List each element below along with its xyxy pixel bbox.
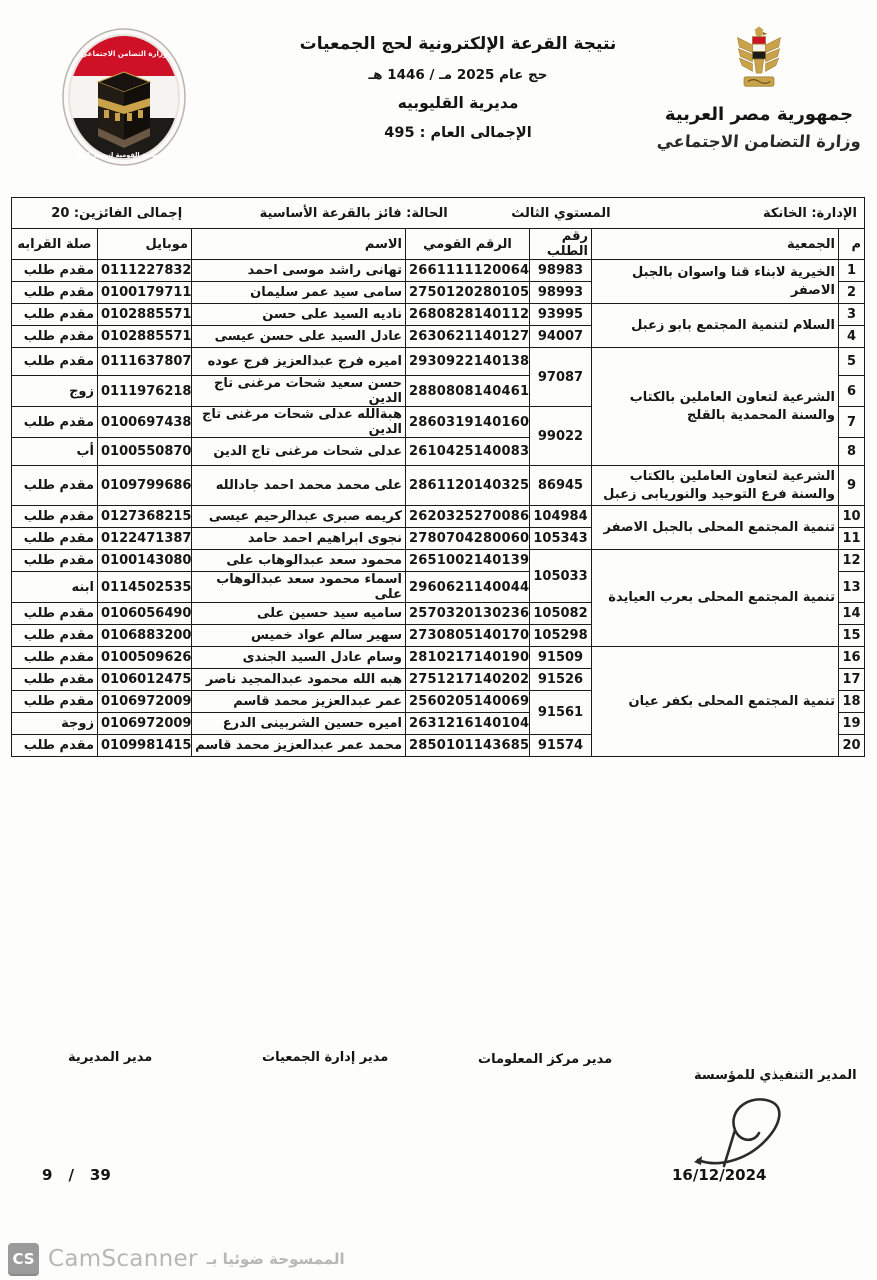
cell-name: سهير سالم عواد خميس bbox=[192, 625, 406, 647]
cell-serial: 1 bbox=[839, 260, 865, 282]
cell-mobile: 01060564908 bbox=[98, 603, 192, 625]
cell-relation: مقدم طلب bbox=[11, 348, 97, 376]
cell-mobile: 01097996866 bbox=[98, 466, 192, 506]
cell-mobile: 01005508700 bbox=[98, 438, 192, 466]
cell-relation: مقدم طلب bbox=[11, 625, 97, 647]
cell-mobile: 01273682150 bbox=[98, 506, 192, 528]
cell-association: السلام لتنمية المجتمع بابو زعبل bbox=[592, 304, 839, 348]
cell-national-id: 25602051400695 bbox=[406, 691, 530, 713]
cell-relation: مقدم طلب bbox=[11, 506, 97, 528]
signature-information-center: مدير مركز المعلومات bbox=[478, 1052, 612, 1067]
cell-relation: مقدم طلب bbox=[11, 282, 97, 304]
kaaba-badge-icon: وزارة التضامن الاجتماعي المؤسسة القومية … bbox=[60, 26, 188, 168]
table-row: 1الخيرية لابناء قنا واسوان بالجبل الاصفر… bbox=[11, 260, 864, 282]
cell-mobile: 01028855717 bbox=[98, 304, 192, 326]
badge-bottom-text: المؤسسة القومية لتيسير الحج bbox=[76, 151, 172, 159]
col-header-request-number: رقم الطلب bbox=[530, 229, 592, 260]
cell-request-number: 105343 bbox=[530, 528, 592, 550]
government-header-block: جمهورية مصر العربية وزارة التضامن الاجتم… bbox=[648, 24, 870, 151]
cell-name: سامى سيد عمر سليمان bbox=[192, 282, 406, 304]
cell-relation: مقدم طلب bbox=[11, 407, 97, 438]
cell-relation: مقدم طلب bbox=[11, 669, 97, 691]
cell-mobile: 01001430806 bbox=[98, 550, 192, 572]
cell-serial: 15 bbox=[839, 625, 865, 647]
winners-total-label: إجمالى الفائزين: 20 bbox=[11, 206, 222, 221]
cell-request-number: 98993 bbox=[530, 282, 592, 304]
cell-serial: 8 bbox=[839, 438, 865, 466]
cell-name: حسن سعيد شحات مرغنى تاج الدين bbox=[192, 376, 406, 407]
table-row: 12تنمية المجتمع المحلى بعرب العيايدة1050… bbox=[11, 550, 864, 572]
signature-directorate-manager: مدير المديرية bbox=[68, 1050, 152, 1065]
cell-serial: 10 bbox=[839, 506, 865, 528]
cell-request-number: 97087 bbox=[530, 348, 592, 407]
cell-mobile: 01005096261 bbox=[98, 647, 192, 669]
egypt-eagle-icon bbox=[730, 24, 788, 96]
document-title: نتيجة القرعة الإلكترونية لحج الجمعيات bbox=[268, 34, 648, 54]
cell-request-number: 98983 bbox=[530, 260, 592, 282]
level-label: المستوي الثالث bbox=[485, 206, 637, 221]
info-bar-row: الإدارة: الخانكة المستوي الثالث الحالة: … bbox=[11, 198, 864, 229]
camscanner-brand: CamScanner bbox=[48, 1246, 198, 1272]
ministry-name: وزارة التضامن الاجتماعي bbox=[647, 132, 870, 151]
cell-mobile: 01224713871 bbox=[98, 528, 192, 550]
camscanner-logo-icon: CS bbox=[8, 1243, 39, 1274]
cell-association: تنمية المجتمع المحلى بعرب العيايدة bbox=[592, 550, 839, 647]
cell-name: عمر عبدالعزيز محمد قاسم bbox=[192, 691, 406, 713]
cell-name: عدلى شحات مرغنى تاج الدين bbox=[192, 438, 406, 466]
cell-serial: 7 bbox=[839, 407, 865, 438]
handwritten-signature bbox=[688, 1088, 798, 1177]
cell-relation: مقدم طلب bbox=[11, 647, 97, 669]
country-name: جمهورية مصر العربية bbox=[648, 104, 870, 125]
cell-name: نجوى ابراهيم احمد حامد bbox=[192, 528, 406, 550]
cell-serial: 14 bbox=[839, 603, 865, 625]
cell-serial: 2 bbox=[839, 282, 865, 304]
cell-national-id: 28808081404618 bbox=[406, 376, 530, 407]
cell-relation: مقدم طلب bbox=[11, 260, 97, 282]
signature-scribble-icon bbox=[688, 1088, 798, 1173]
masthead-title-block: نتيجة القرعة الإلكترونية لحج الجمعيات حج… bbox=[268, 34, 648, 141]
cell-serial: 3 bbox=[839, 304, 865, 326]
cell-request-number: 94007 bbox=[530, 326, 592, 348]
cell-relation: مقدم طلب bbox=[11, 691, 97, 713]
cell-name: تهانى راشد موسى احمد bbox=[192, 260, 406, 282]
scanned-document-page: وزارة التضامن الاجتماعي المؤسسة القومية … bbox=[0, 0, 877, 1280]
cell-name: اسماء محمود سعد عبدالوهاب على bbox=[192, 572, 406, 603]
cell-national-id: 26104251400839 bbox=[406, 438, 530, 466]
cell-name: ساميه سيد حسين على bbox=[192, 603, 406, 625]
table-row: 10تنمية المجتمع المحلى بالجبل الاصفر1049… bbox=[11, 506, 864, 528]
cell-request-number: 91561 bbox=[530, 691, 592, 735]
col-header-relation: صلة القرابه bbox=[11, 229, 97, 260]
cell-name: هبةالله عدلى شحات مرغنى تاج الدين bbox=[192, 407, 406, 438]
cell-national-id: 26312161401048 bbox=[406, 713, 530, 735]
cell-mobile: 01060124758 bbox=[98, 669, 192, 691]
cell-national-id: 26611111200642 bbox=[406, 260, 530, 282]
signature-executive-director: المدير التنفيذي للمؤسسة bbox=[694, 1068, 857, 1083]
page-separator: / bbox=[68, 1166, 73, 1184]
cell-association: تنمية المجتمع المحلى بالجبل الاصفر bbox=[592, 506, 839, 550]
cell-national-id: 28501011436859 bbox=[406, 735, 530, 757]
cell-relation: مقدم طلب bbox=[11, 326, 97, 348]
camscanner-watermark: CS CamScanner الممسوحة ضوئيا بـ bbox=[8, 1243, 345, 1274]
directorate-title: مديرية القليوبيه bbox=[268, 94, 648, 112]
cell-name: وسام عادل السيد الجندى bbox=[192, 647, 406, 669]
cell-national-id: 27501202801057 bbox=[406, 282, 530, 304]
cell-mobile: 01116378070 bbox=[98, 348, 192, 376]
cell-national-id: 27512171402029 bbox=[406, 669, 530, 691]
col-header-national-id: الرقم القومي bbox=[406, 229, 530, 260]
cell-name: محمود سعد عبدالوهاب على bbox=[192, 550, 406, 572]
column-header-row: م الجمعية رقم الطلب الرقم القومي الاسم م… bbox=[11, 229, 864, 260]
cell-name: اميره فرج عبدالعزيز فرج عوده bbox=[192, 348, 406, 376]
cell-relation: أب bbox=[11, 438, 97, 466]
cell-national-id: 27807042800603 bbox=[406, 528, 530, 550]
camscanner-caption: الممسوحة ضوئيا بـ bbox=[207, 1250, 345, 1268]
cell-national-id: 28603191401605 bbox=[406, 407, 530, 438]
badge-top-text: وزارة التضامن الاجتماعي bbox=[81, 50, 168, 58]
cell-serial: 18 bbox=[839, 691, 865, 713]
cell-national-id: 29309221401387 bbox=[406, 348, 530, 376]
table-row: 3السلام لتنمية المجتمع بابو زعبل93995268… bbox=[11, 304, 864, 326]
cell-association: الشرعية لتعاون العاملين بالكتاب والسنة ا… bbox=[592, 348, 839, 466]
cell-mobile: 01112278322 bbox=[98, 260, 192, 282]
table-row: 9الشرعية لتعاون العاملين بالكتاب والسنة … bbox=[11, 466, 864, 506]
signature-associations-manager: مدير إدارة الجمعيات bbox=[262, 1050, 388, 1065]
cell-national-id: 28611201403256 bbox=[406, 466, 530, 506]
cell-serial: 20 bbox=[839, 735, 865, 757]
cell-national-id: 26510021401397 bbox=[406, 550, 530, 572]
hajj-year-subtitle: حج عام 2025 مـ / 1446 هـ bbox=[268, 67, 648, 83]
department-label: الإدارة: الخانكة bbox=[637, 206, 861, 221]
status-label: الحالة: فائز بالقرعة الأساسية bbox=[223, 206, 485, 221]
cell-request-number: 86945 bbox=[530, 466, 592, 506]
lottery-results-table: الإدارة: الخانكة المستوي الثالث الحالة: … bbox=[11, 197, 865, 757]
cell-national-id: 26306211401273 bbox=[406, 326, 530, 348]
cell-name: ناديه السيد على حسن bbox=[192, 304, 406, 326]
cell-request-number: 91526 bbox=[530, 669, 592, 691]
cell-relation: مقدم طلب bbox=[11, 466, 97, 506]
cell-mobile: 01069720099 bbox=[98, 691, 192, 713]
cell-association: تنمية المجتمع المحلى بكفر عيان bbox=[592, 647, 839, 757]
info-bar: الإدارة: الخانكة المستوي الثالث الحالة: … bbox=[15, 206, 861, 221]
cell-serial: 13 bbox=[839, 572, 865, 603]
col-header-serial: م bbox=[839, 229, 865, 260]
cell-name: على محمد محمد احمد جادالله bbox=[192, 466, 406, 506]
cell-serial: 17 bbox=[839, 669, 865, 691]
table-body: 1الخيرية لابناء قنا واسوان بالجبل الاصفر… bbox=[11, 260, 864, 757]
cell-serial: 6 bbox=[839, 376, 865, 407]
page-current: 9 bbox=[42, 1166, 52, 1184]
col-header-mobile: موبايل bbox=[98, 229, 192, 260]
col-header-name: الاسم bbox=[192, 229, 406, 260]
cell-request-number: 105082 bbox=[530, 603, 592, 625]
cell-association: الخيرية لابناء قنا واسوان بالجبل الاصفر bbox=[592, 260, 839, 304]
cell-request-number: 105298 bbox=[530, 625, 592, 647]
cell-name: محمد عمر عبدالعزيز محمد قاسم bbox=[192, 735, 406, 757]
cell-relation: مقدم طلب bbox=[11, 603, 97, 625]
cell-national-id: 28102171401901 bbox=[406, 647, 530, 669]
cell-serial: 9 bbox=[839, 466, 865, 506]
cell-name: هبه الله محمود عبدالمجيد ناصر bbox=[192, 669, 406, 691]
cell-serial: 5 bbox=[839, 348, 865, 376]
table-row: 16تنمية المجتمع المحلى بكفر عيان91509281… bbox=[11, 647, 864, 669]
cell-request-number: 99022 bbox=[530, 407, 592, 466]
cell-request-number: 91574 bbox=[530, 735, 592, 757]
cell-name: عادل السيد على حسن عيسى bbox=[192, 326, 406, 348]
cell-serial: 11 bbox=[839, 528, 865, 550]
cell-mobile: 01145025357 bbox=[98, 572, 192, 603]
cell-request-number: 104984 bbox=[530, 506, 592, 528]
cell-mobile: 01028855717 bbox=[98, 326, 192, 348]
cell-request-number: 91509 bbox=[530, 647, 592, 669]
cell-mobile: 01001797118 bbox=[98, 282, 192, 304]
table-row: 5الشرعية لتعاون العاملين بالكتاب والسنة … bbox=[11, 348, 864, 376]
page-number: 9 / 39 bbox=[42, 1166, 111, 1184]
cell-relation: مقدم طلب bbox=[11, 528, 97, 550]
cell-request-number: 105033 bbox=[530, 550, 592, 603]
cell-mobile: 01006974383 bbox=[98, 407, 192, 438]
cell-serial: 19 bbox=[839, 713, 865, 735]
cell-serial: 12 bbox=[839, 550, 865, 572]
cell-mobile: 01068832003 bbox=[98, 625, 192, 647]
page-total: 39 bbox=[90, 1166, 111, 1184]
cell-national-id: 27308051401707 bbox=[406, 625, 530, 647]
cell-relation: مقدم طلب bbox=[11, 735, 97, 757]
cell-association: الشرعية لتعاون العاملين بالكتاب والسنة ف… bbox=[592, 466, 839, 506]
col-header-association: الجمعية bbox=[592, 229, 839, 260]
cell-national-id: 29606211400441 bbox=[406, 572, 530, 603]
cell-national-id: 26808281401128 bbox=[406, 304, 530, 326]
cell-mobile: 01099814157 bbox=[98, 735, 192, 757]
cell-mobile: 01119762183 bbox=[98, 376, 192, 407]
cell-relation: مقدم طلب bbox=[11, 304, 97, 326]
cell-request-number: 93995 bbox=[530, 304, 592, 326]
cell-mobile: 01069720091 bbox=[98, 713, 192, 735]
cell-relation: زوجة bbox=[11, 713, 97, 735]
cell-national-id: 25703201302361 bbox=[406, 603, 530, 625]
cell-name: اميره حسين الشربينى الدرع bbox=[192, 713, 406, 735]
cell-serial: 16 bbox=[839, 647, 865, 669]
cell-relation: مقدم طلب bbox=[11, 550, 97, 572]
document-date: 16/12/2024 bbox=[672, 1166, 766, 1184]
cell-national-id: 26203252700869 bbox=[406, 506, 530, 528]
grand-total: الإجمالى العام : 495 bbox=[268, 125, 648, 141]
hajj-foundation-badge: وزارة التضامن الاجتماعي المؤسسة القومية … bbox=[60, 26, 188, 172]
cell-relation: زوج bbox=[11, 376, 97, 407]
cell-relation: ابنه bbox=[11, 572, 97, 603]
cell-name: كريمه صبرى عبدالرحيم عيسى bbox=[192, 506, 406, 528]
cell-serial: 4 bbox=[839, 326, 865, 348]
